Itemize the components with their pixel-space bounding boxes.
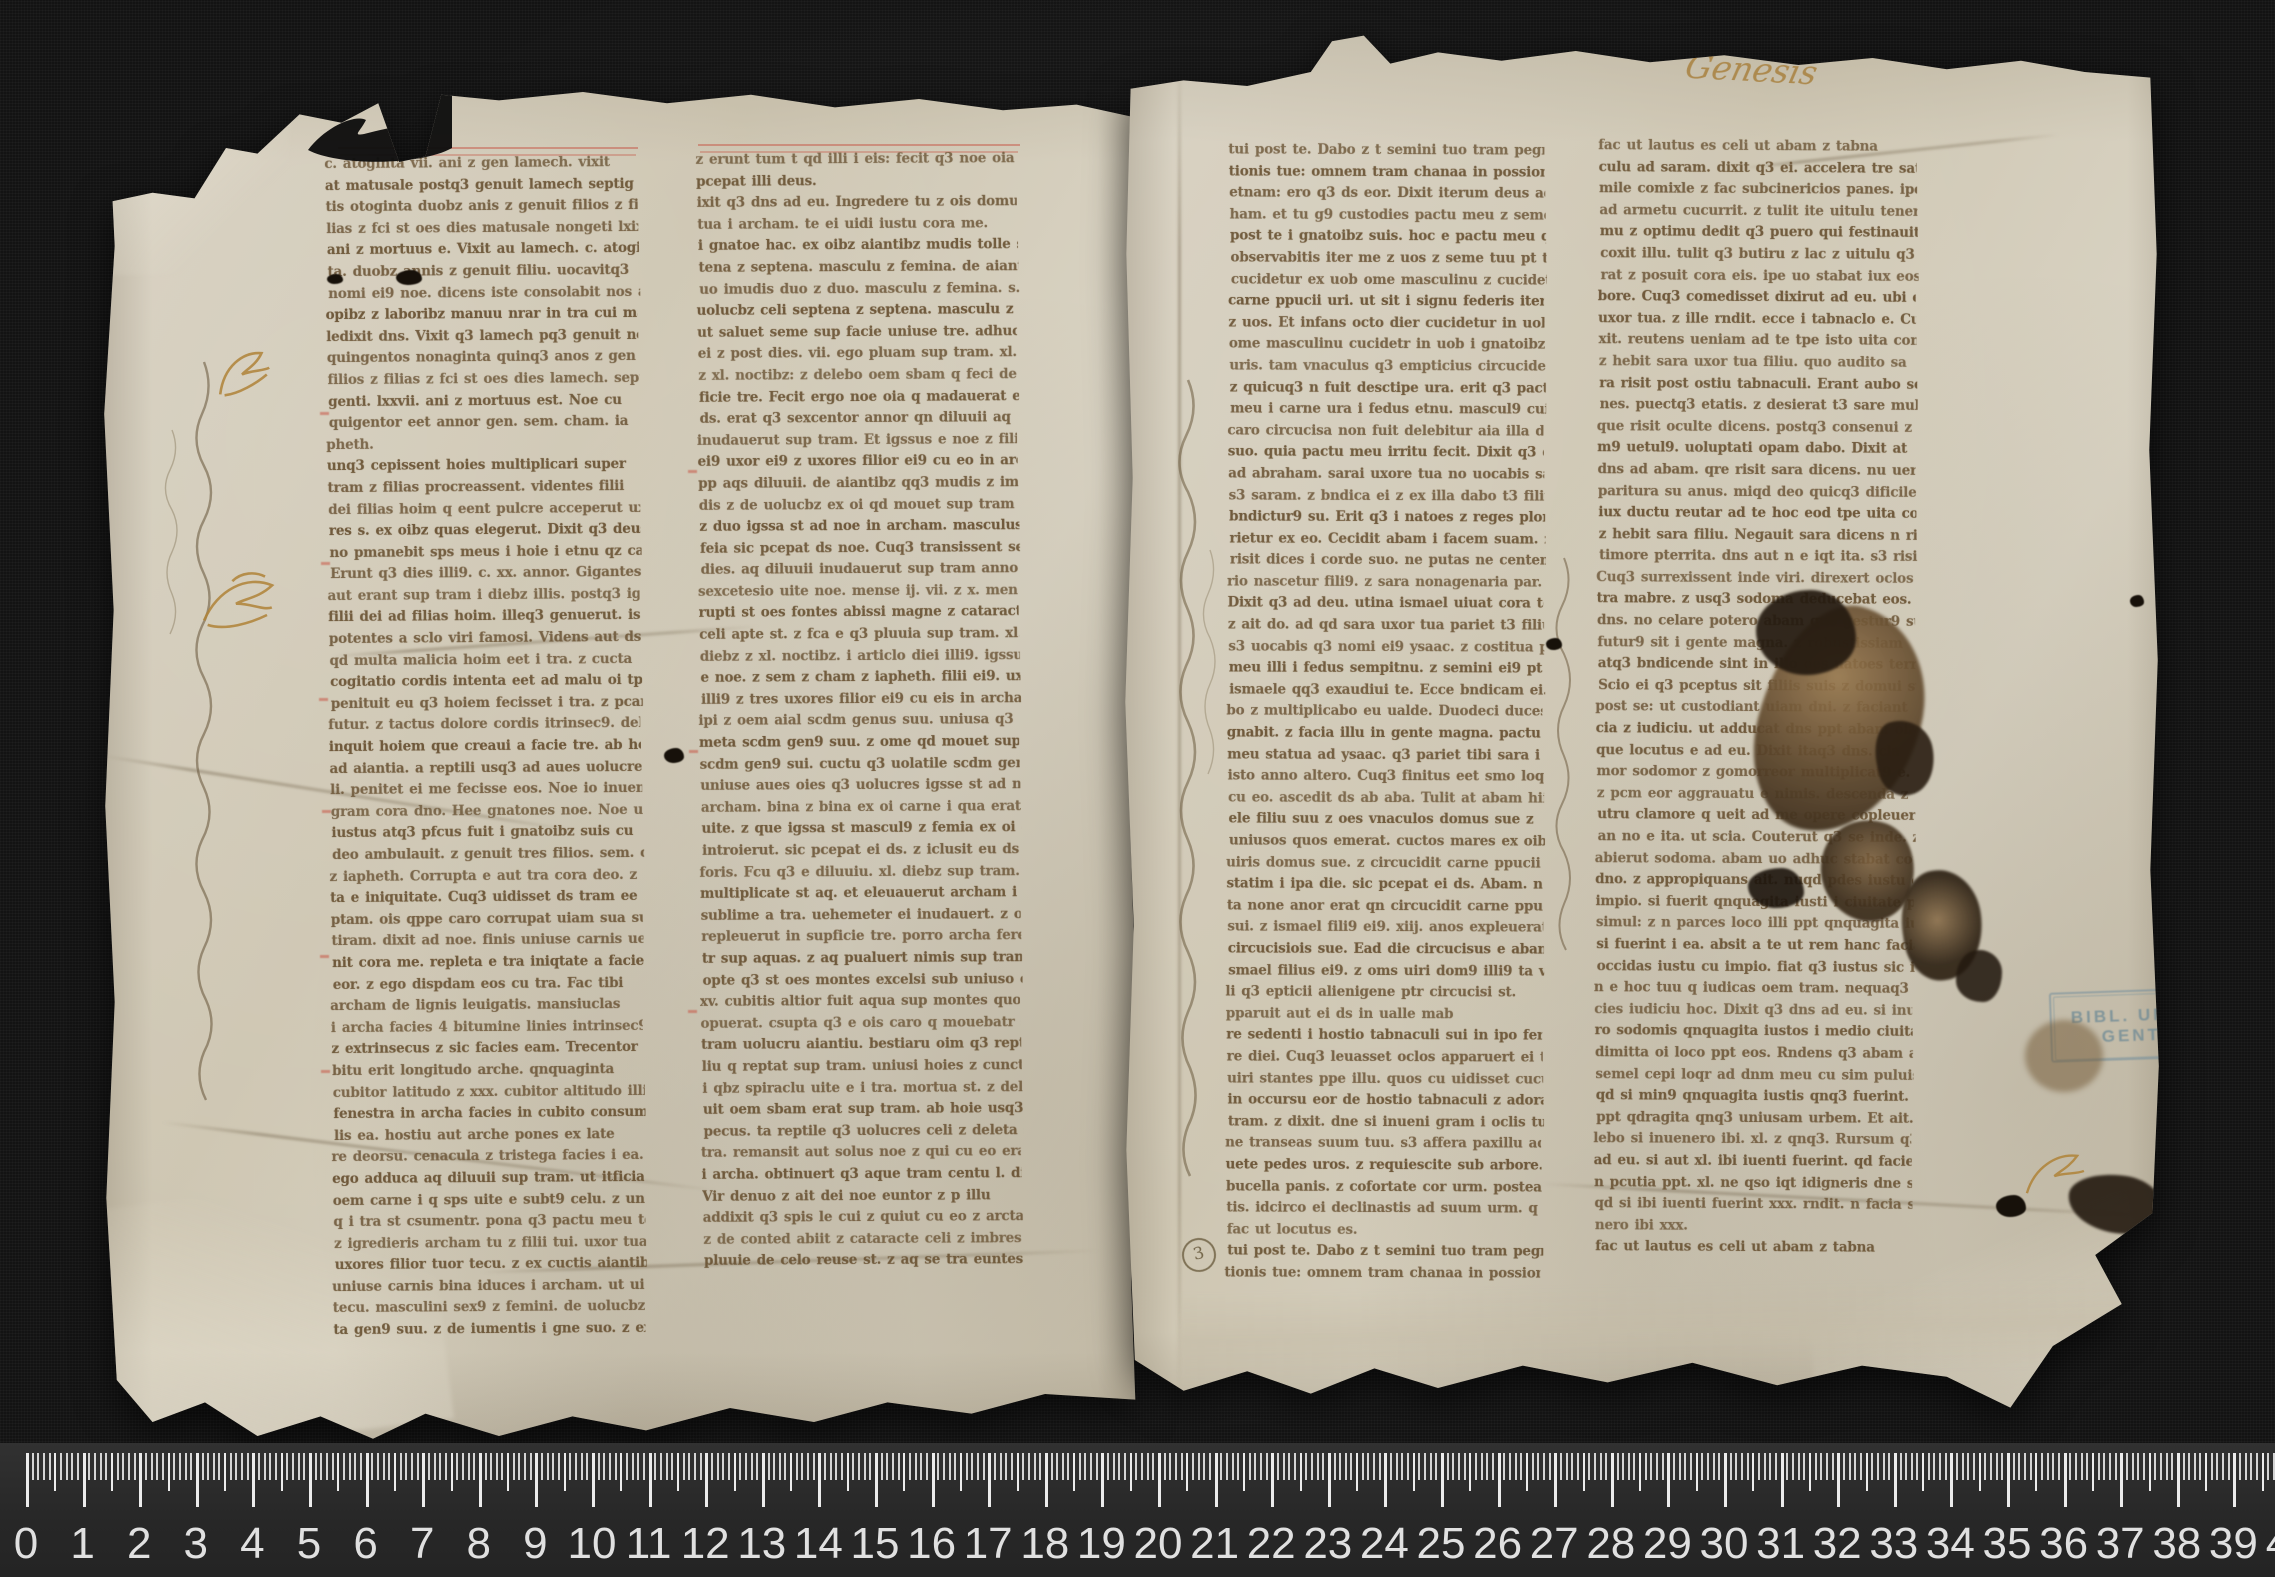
- ruler-tick: [439, 1453, 441, 1480]
- manuscript-text-line: m9 uetul9. uoluptati opam dabo. Dixit at: [1597, 437, 1915, 460]
- manuscript-text-line: ham. et tu g9 custodies pactu meu z seme…: [1230, 204, 1546, 227]
- ruler-tick: [1537, 1453, 1539, 1480]
- manuscript-text-line: risit dices i corde suo. ne putas ne cen…: [1230, 550, 1546, 573]
- ruler-tick: [2132, 1453, 2134, 1480]
- ruler-tick: [1656, 1453, 1658, 1480]
- ruler-tick: [1464, 1453, 1466, 1480]
- ruler-tick: [1322, 1453, 1324, 1480]
- ruler-tick: [977, 1453, 979, 1480]
- ruler-tick: [2075, 1453, 2077, 1480]
- manuscript-text-line: observabitis iter me z uos z seme tuu pt…: [1230, 247, 1546, 270]
- ruler-tick: [1611, 1453, 1614, 1507]
- ruler-number: 5: [297, 1519, 321, 1569]
- ruler-tick: [513, 1453, 515, 1480]
- manuscript-text-line: tram uolucru aiantiu. bestiaru oim q3 re…: [701, 1034, 1021, 1057]
- manuscript-text-line: tis otoginta duobz anis z genuit filios …: [326, 195, 638, 219]
- ruler-tick: [2058, 1453, 2060, 1480]
- manuscript-text-line: meta scdm gen9 suu. z ome qd mouet sup t…: [699, 731, 1019, 754]
- ruler-tick: [1379, 1453, 1381, 1480]
- ruler-tick: [2166, 1453, 2168, 1480]
- manuscript-text-line: addixit q3 spis le cui z quiut cu eo z a…: [703, 1206, 1023, 1229]
- ruler-number: 38: [2152, 1519, 2201, 1569]
- text-column-right-a: tui post te. Dabo z t semini tuo tram pe…: [1226, 139, 1546, 1285]
- manuscript-text-line: introierut. sic pcepat ei ds. z iclusit …: [702, 839, 1022, 862]
- ruler-tick: [620, 1453, 622, 1491]
- ruler-tick: [2069, 1453, 2071, 1480]
- ruler-tick: [903, 1453, 905, 1491]
- ruler-tick: [2199, 1453, 2201, 1480]
- ruler-tick: [298, 1453, 300, 1480]
- ruler-tick: [1271, 1453, 1274, 1507]
- library-stamp-line2: GENT: [2101, 1025, 2161, 1047]
- ruler-tick: [1481, 1453, 1483, 1480]
- ruler-tick: [632, 1453, 634, 1480]
- manuscript-text-line: tui post te. Dabo z t semini tuo tram pe…: [1228, 139, 1544, 162]
- ruler-tick: [1735, 1453, 1737, 1480]
- manuscript-text-line: sublime a tra. uehemeter ei inudauert. z…: [701, 904, 1021, 927]
- manuscript-text-line: caro circucisa non fuit delebitur aia il…: [1227, 420, 1543, 443]
- ruler-tick: [1401, 1453, 1403, 1480]
- ruler-tick: [264, 1453, 266, 1480]
- ruler-tick: [1950, 1453, 1953, 1507]
- manuscript-text-line: uxor tua. z ille rndit. ecce i tabnaclo …: [1598, 308, 1916, 331]
- ruler-tick: [230, 1453, 232, 1480]
- ruler-tick: [2126, 1453, 2128, 1480]
- manuscript-text-line: qd si min9 qnquagita iustis qnq3 fuerint…: [1596, 1085, 1914, 1108]
- ruler-tick: [796, 1453, 798, 1480]
- ruler-tick: [949, 1453, 951, 1480]
- ruler-tick: [2188, 1453, 2190, 1480]
- ruler-tick: [541, 1453, 543, 1480]
- manuscript-text-line: coxit illu. tulit q3 butiru z lac z uitu…: [1600, 243, 1918, 266]
- ruler-tick: [1724, 1453, 1727, 1507]
- ruler-tick: [2233, 1453, 2236, 1507]
- fold-bottom-band: [1179, 1276, 2160, 1383]
- ruler-tick: [1628, 1453, 1630, 1480]
- ruler-tick: [405, 1453, 407, 1480]
- ruler-tick: [818, 1453, 821, 1507]
- manuscript-text-line: re deorsu. cenacula z tristega facies i …: [331, 1145, 643, 1169]
- manuscript-text-line: res s. ex oibz quas elegerut. Dixit q3 d…: [329, 519, 641, 543]
- ruler-tick: [1334, 1453, 1336, 1480]
- ruler-tick: [496, 1453, 498, 1480]
- manuscript-text-line: tui post te. Dabo z t semini tuo tram pe…: [1227, 1241, 1543, 1264]
- ruler-tick: [1916, 1453, 1918, 1480]
- manuscript-text-line: eor. z ego dispdam eos cu tra. Fac tibi: [333, 972, 645, 996]
- manuscript-text-line: genti. lxxvii. ani z mortuus est. Noe cu: [328, 389, 640, 413]
- ruler-tick: [1305, 1453, 1307, 1480]
- ruler-tick: [1300, 1453, 1302, 1491]
- manuscript-text-line: ego adduca aq diluuii sup tram. ut itfic…: [332, 1167, 644, 1191]
- manuscript-text-line: cucidetur ex uob ome masculinu z cucidet…: [1231, 269, 1547, 292]
- manuscript-text-line: nomi ei9 noe. dicens iste consolabit nos…: [328, 281, 640, 305]
- ruler-tick: [2205, 1453, 2207, 1491]
- manuscript-text-line: aut erant sup tram i diebz illis. postq3…: [327, 584, 639, 608]
- ruler-tick: [1051, 1453, 1053, 1480]
- manuscript-text-line: inudauerut sup tram. Et igssus e noe z f…: [697, 429, 1017, 452]
- ruler-tick: [224, 1453, 226, 1491]
- ruler-tick: [1203, 1453, 1205, 1480]
- parchment-tear-hole: [290, 50, 540, 180]
- manuscript-text-line: fac ut locutus es.: [1227, 1219, 1543, 1242]
- manuscript-text-line: pheth.: [326, 433, 638, 457]
- ruler-number: 10: [568, 1519, 617, 1569]
- ruler-tick: [2216, 1453, 2218, 1480]
- ruler-tick: [813, 1453, 815, 1480]
- manuscript-text-line: uete pedes uros. z requiescite sub arbor…: [1225, 1154, 1541, 1177]
- manuscript-text-line: ut saluet seme sup facie uniuse tre. adh…: [697, 321, 1017, 344]
- ruler-tick: [258, 1453, 260, 1480]
- ruler-tick: [745, 1453, 747, 1480]
- manuscript-text-line: rio nascetur fili9. z sara nonagenaria p…: [1227, 571, 1543, 594]
- ruler-tick: [1860, 1453, 1862, 1480]
- ruler-tick: [1175, 1453, 1177, 1480]
- ruler-tick: [1045, 1453, 1048, 1507]
- manuscript-text-line: z quicuq3 n fuit desctipe ura. erit q3 p…: [1230, 377, 1546, 400]
- manuscript-left-leaf: c. atoginta vii. ani z gen lamech. vixit…: [100, 50, 1150, 1450]
- manuscript-text-line: i qbz spiraclu uite e i tra. mortua st. …: [702, 1077, 1022, 1100]
- ruler-tick: [445, 1453, 447, 1480]
- ruler-tick: [479, 1453, 482, 1507]
- ruler-tick: [1367, 1453, 1369, 1480]
- manuscript-text-line: sui. z ismael fili9 ei9. xiij. anos expl…: [1227, 917, 1543, 940]
- ruler-tick: [377, 1453, 379, 1480]
- manuscript-text-line: ani z mortuus e. Vixit au lamech. c. ato…: [327, 238, 639, 262]
- manuscript-text-line: z hebit sara uxor tua filiu. quo audito …: [1599, 351, 1917, 374]
- ruler-tick: [1232, 1453, 1234, 1480]
- ruler-tick: [1679, 1453, 1681, 1480]
- manuscript-text-line: tram z filias procreassent. videntes fil…: [328, 476, 640, 500]
- ink-speck: [2130, 595, 2144, 607]
- ruler-tick: [1843, 1453, 1845, 1480]
- ruler-number: 25: [1417, 1519, 1466, 1569]
- manuscript-text-line: ds. erat q3 sexcentor annor qn diluuii a…: [700, 407, 1020, 430]
- ruler-tick: [1118, 1453, 1120, 1480]
- ruler-tick: [2143, 1453, 2145, 1480]
- ruler-tick: [371, 1453, 373, 1480]
- ruler-tick: [915, 1453, 917, 1480]
- ruler-tick: [462, 1453, 464, 1480]
- manuscript-text-line: pecus. ta reptile q3 uolucres celi z del…: [704, 1120, 1024, 1143]
- manuscript-text-line: cubitor latitudo z xxx. cubitor altitudo…: [333, 1080, 645, 1104]
- ruler-tick: [1090, 1453, 1092, 1480]
- marginalia-cursive-intercolumn: [1538, 550, 1588, 1050]
- manuscript-text-line: pcepat illi deus.: [696, 170, 1016, 193]
- ruler-tick: [2047, 1453, 2049, 1480]
- ruler-tick: [801, 1453, 803, 1480]
- ruler-tick: [1900, 1453, 1902, 1480]
- manuscript-text-line: gnabit. z facia illu in gente magna. pac…: [1227, 722, 1543, 745]
- ruler-tick: [2183, 1453, 2185, 1480]
- manuscript-text-line: archam. bina z bina ex oi carne i qua er…: [701, 796, 1021, 819]
- ruler-tick: [1435, 1453, 1437, 1480]
- ruler-number: 31: [1756, 1519, 1805, 1569]
- ruler-tick: [128, 1453, 130, 1480]
- manuscript-text-line: i archa facies 4 bitumine linies intrins…: [331, 1016, 643, 1040]
- ruler-tick: [1249, 1453, 1251, 1480]
- manuscript-text-line: abierut sodoma. abam uo adhuc stabat cor…: [1595, 848, 1913, 871]
- ruler-tick: [2030, 1453, 2032, 1480]
- ruler-number: 22: [1247, 1519, 1296, 1569]
- ruler-tick: [2137, 1453, 2139, 1480]
- ruler-tick: [1000, 1453, 1002, 1480]
- ruler-tick: [734, 1453, 736, 1491]
- ruler-tick: [1198, 1453, 1200, 1480]
- ruler-tick: [1730, 1453, 1732, 1480]
- manuscript-text-line: pluuie de celo reuse st. z aq se tra eun…: [704, 1249, 1024, 1272]
- ruler-tick: [168, 1453, 170, 1491]
- ruler-tick: [1452, 1453, 1454, 1480]
- ink-speck: [396, 270, 422, 285]
- manuscript-text-line: cia z iudiciu. ut adducat dns ppt abam o…: [1596, 718, 1914, 741]
- manuscript-text-line: potentes a sclo viri famosi. Videns aut …: [329, 627, 641, 651]
- ruler-tick: [898, 1453, 900, 1480]
- ruler-tick: [77, 1453, 79, 1480]
- ruler-tick: [326, 1453, 328, 1480]
- manuscript-text-line: repleuerut in supficie tre. porro archa …: [701, 926, 1021, 949]
- ruler-tick: [71, 1453, 73, 1480]
- ruler-tick: [394, 1453, 396, 1491]
- manicule-doodle: [2016, 1142, 2094, 1205]
- ruler-tick: [1826, 1453, 1828, 1480]
- ruler-tick: [2245, 1453, 2247, 1480]
- manuscript-text-line: tiram. dixit ad noe. finis uniuse carnis…: [331, 929, 643, 953]
- fold-top-left: [100, 105, 290, 275]
- manuscript-text-line: bitu erit longitudo arche. qnquaginta: [332, 1059, 644, 1083]
- ruler-tick: [1101, 1453, 1104, 1507]
- ruler-tick: [671, 1453, 673, 1480]
- ruler-tick: [1939, 1453, 1941, 1480]
- ruler-number: 19: [1077, 1519, 1126, 1569]
- ruler-tick: [1752, 1453, 1754, 1491]
- ruler-tick: [569, 1453, 571, 1480]
- red-margin-tick: [322, 810, 331, 813]
- manuscript-text-line: Scio ei q3 pceptus sit filiis suis z dom…: [1598, 675, 1916, 698]
- ruler-tick: [400, 1453, 402, 1480]
- ruler-tick: [2007, 1453, 2010, 1507]
- ruler-tick: [869, 1453, 871, 1480]
- ruler-tick: [1294, 1453, 1296, 1480]
- manuscript-text-line: s3 uocabis q3 nomi ei9 ysaac. z costitua…: [1228, 636, 1544, 659]
- ruler-tick: [830, 1453, 832, 1480]
- ruler-tick: [1560, 1453, 1562, 1480]
- ruler-number: 3: [184, 1519, 208, 1569]
- ruler-tick: [2228, 1453, 2230, 1480]
- manuscript-text-line: cies iudiciu hoc. Dixit q3 dns ad eu. si…: [1594, 999, 1912, 1022]
- ruler-number: 6: [353, 1519, 377, 1569]
- manuscript-text-line: re sedenti i hostio tabnaculi sui in ipo…: [1226, 1025, 1542, 1048]
- ruler-tick: [1107, 1453, 1109, 1480]
- ruler-tick: [1769, 1453, 1771, 1480]
- ruler-tick: [1866, 1453, 1868, 1491]
- ruler-tick: [1622, 1453, 1624, 1480]
- ruler-number: 18: [1020, 1519, 1069, 1569]
- ruler-tick: [309, 1453, 312, 1507]
- ruler-tick: [139, 1453, 142, 1507]
- manuscript-text-line: dei filias hoim q eent pulcre acceperut …: [328, 497, 640, 521]
- manuscript-text-line: opibz z laboribz manuu nrar in tra cui m…: [326, 303, 638, 327]
- manuscript-text-line: carne ppucii uri. ut sit i signu federis…: [1228, 291, 1544, 314]
- ruler-tick: [1990, 1453, 1992, 1480]
- ruler-tick: [292, 1453, 294, 1480]
- ruler-tick: [2222, 1453, 2224, 1480]
- ruler-tick: [100, 1453, 102, 1480]
- ruler-tick: [960, 1453, 962, 1491]
- ruler-tick: [1158, 1453, 1161, 1507]
- ruler-tick: [473, 1453, 475, 1480]
- ruler-tick: [1520, 1453, 1522, 1480]
- ruler-tick: [281, 1453, 283, 1491]
- manuscript-text-line: post te i gnatoibz suis. hoc e pactu meu…: [1230, 226, 1546, 249]
- ruler-number: 12: [681, 1519, 730, 1569]
- ruler-number: 16: [907, 1519, 956, 1569]
- ruler-tick: [609, 1453, 611, 1480]
- ruler-tick: [1775, 1453, 1777, 1480]
- manuscript-text-line: ad eu. si aut xl. ibi iuenti fuerint. qd…: [1594, 1150, 1912, 1173]
- manuscript-text-line: ele filiu suu z oes vnaculos domus sue z: [1228, 809, 1544, 832]
- ruler-tick: [790, 1453, 792, 1491]
- ruler-number: 20: [1134, 1519, 1183, 1569]
- manuscript-text-line: uniusos quos emerat. cuctos mares ex oib…: [1229, 830, 1545, 853]
- ruler-tick: [1718, 1453, 1720, 1480]
- ruler-tick: [705, 1453, 708, 1507]
- manuscript-text-line: z ait do. ad qd sara uxor tua pariet t3 …: [1228, 615, 1544, 638]
- manuscript-text-line: atq3 bndicende sint in illo oes natoes t…: [1598, 653, 1916, 676]
- ruler-tick: [864, 1453, 866, 1480]
- ruler-tick: [535, 1453, 538, 1507]
- ruler-tick: [547, 1453, 549, 1480]
- ruler-tick: [1237, 1453, 1239, 1480]
- manuscript-text-line: qd multa malicia hoim eet i tra. z cucta: [329, 649, 641, 673]
- ruler-tick: [117, 1453, 119, 1480]
- photo-stage: c. atoginta vii. ani z gen lamech. vixit…: [0, 0, 2275, 1577]
- ink-stain-spot: [1956, 950, 2002, 1002]
- ruler-tick: [2239, 1453, 2241, 1480]
- ruler-tick: [1475, 1453, 1477, 1480]
- ruler-tick: [1424, 1453, 1426, 1480]
- ruler-tick: [1079, 1453, 1081, 1480]
- ruler-number: 35: [1983, 1519, 2032, 1569]
- ruler-tick: [1894, 1453, 1897, 1507]
- ruler-tick: [1328, 1453, 1331, 1507]
- ruler-tick: [688, 1453, 690, 1480]
- ruler-tick: [1407, 1453, 1409, 1480]
- manuscript-text-line: mor sodomor z gomorreor multiplicat9 e.: [1596, 761, 1914, 784]
- ruler-number: 24: [1360, 1519, 1409, 1569]
- ruler-tick: [1945, 1453, 1947, 1480]
- ink-speck: [327, 274, 343, 284]
- manuscript-text-line: ne transeas suum tuu. s3 affera paxillu …: [1225, 1133, 1541, 1156]
- ruler-tick: [586, 1453, 588, 1480]
- ruler-tick: [2109, 1453, 2111, 1480]
- left-leaf-parchment: c. atoginta vii. ani z gen lamech. vixit…: [100, 50, 1150, 1450]
- manuscript-text-line: z iapheth. Corrupta e aut tra cora deo. …: [329, 865, 641, 889]
- ruler-tick: [1922, 1453, 1924, 1491]
- manuscript-text-line: timore pterrita. dns aut n e iqt ita. s3…: [1599, 545, 1917, 568]
- manuscript-text-line: liu q reptat sup tram. uniusi hoies z cu…: [702, 1055, 1022, 1078]
- ruler-tick: [1311, 1453, 1313, 1480]
- manuscript-text-line: Dixit q3 ad deu. utina ismael uiuat cora…: [1227, 593, 1543, 616]
- ruler-tick: [1639, 1453, 1641, 1491]
- ruler-tick: [841, 1453, 843, 1480]
- ruler-tick: [185, 1453, 187, 1480]
- manuscript-text-line: tr sup aquas. z aq pualuert nimis sup tr…: [702, 947, 1022, 970]
- ruler-tick: [717, 1453, 719, 1480]
- marginalia-cursive-gutter: [1140, 370, 1230, 1310]
- ruler-tick: [1883, 1453, 1885, 1480]
- ruler-tick: [1809, 1453, 1811, 1491]
- ruler-number: 23: [1303, 1519, 1352, 1569]
- ruler-tick: [1254, 1453, 1256, 1480]
- ruler-tick: [490, 1453, 492, 1480]
- ruler-tick: [858, 1453, 860, 1480]
- manuscript-text-line: illi9 z tres uxores filior ei9 cu eis in…: [701, 688, 1021, 711]
- ruler-tick: [2211, 1453, 2213, 1480]
- ruler-tick: [2098, 1453, 2100, 1480]
- ruler-tick: [54, 1453, 56, 1491]
- ruler-tick: [1362, 1453, 1364, 1480]
- ruler-tick: [1888, 1453, 1890, 1480]
- ruler-tick: [1084, 1453, 1086, 1480]
- ruler-tick: [768, 1453, 770, 1480]
- ruler-tick: [1662, 1453, 1664, 1480]
- manuscript-text-line: tena z septena. masculu z femina. de aia…: [699, 256, 1019, 279]
- ruler-tick: [2250, 1453, 2252, 1480]
- ruler-number: 2: [127, 1519, 151, 1569]
- ruler-tick: [1181, 1453, 1183, 1480]
- ruler-tick: [1758, 1453, 1760, 1480]
- manuscript-text-line: mile comixle z fac subcinericios panes. …: [1599, 178, 1917, 201]
- ruler-tick: [320, 1453, 322, 1480]
- ruler-tick: [1673, 1453, 1675, 1480]
- ruler-tick: [1549, 1453, 1551, 1480]
- ruler-tick: [1430, 1453, 1432, 1480]
- ruler-number: 13: [737, 1519, 786, 1569]
- ruler-tick: [1413, 1453, 1415, 1491]
- manuscript-text-line: ppt qdragita qnq3 uniusam urbem. Et ait.…: [1596, 1107, 1914, 1130]
- manuscript-text-line: que locutus e ad eu. Dixit itaq3 dns. cl…: [1596, 740, 1914, 763]
- manuscript-text-line: li. penitet ei me fecisse eos. Noe io in…: [330, 778, 642, 802]
- ruler-tick: [332, 1453, 334, 1480]
- ruler-tick: [1186, 1453, 1188, 1491]
- ruler-tick: [1011, 1453, 1013, 1480]
- library-stamp-border: BIBL. UNIV GENT: [2053, 991, 2209, 1060]
- manuscript-text-line: ledixit dns. Vixit q3 lamech pq3 genuit …: [326, 325, 638, 349]
- manuscript-text-line: dns ad abam. qre risit sara dicens. nu u…: [1598, 459, 1916, 482]
- ruler-tick: [105, 1453, 107, 1480]
- manuscript-text-line: z hebit sara filiu. Negauit sara dicens …: [1599, 524, 1917, 547]
- manuscript-text-line: ad armetu cucurrit. z tulit ite uitulu t…: [1599, 200, 1917, 223]
- ruler-tick: [1226, 1453, 1228, 1480]
- ruler-tick: [1605, 1453, 1607, 1480]
- ruler-tick: [151, 1453, 153, 1480]
- ruler-tick: [1373, 1453, 1375, 1480]
- manuscript-text-line: re diei. Cuq3 leuasset oclos apparuert e…: [1227, 1046, 1543, 1069]
- manuscript-text-line: uniuse aues oies q3 uolucres igsse st ad…: [700, 774, 1020, 797]
- manuscript-text-line: ficie tre. Fecit ergo noe oia q madauera…: [699, 386, 1019, 409]
- ruler-tick: [1566, 1453, 1568, 1480]
- ruler-tick: [1124, 1453, 1126, 1480]
- ruler-tick: [1356, 1453, 1358, 1491]
- ruler-tick: [1418, 1453, 1420, 1480]
- manuscript-text-line: uo imudis duo z duo. masculu z femina. s…: [699, 278, 1019, 301]
- manuscript-text-line: tra. remansit aut solus noe z qui cu eo …: [701, 1141, 1021, 1164]
- red-margin-tick: [319, 698, 328, 701]
- ruler-tick: [1911, 1453, 1913, 1480]
- ruler-number: 4: [240, 1519, 264, 1569]
- ruler-tick: [1220, 1453, 1222, 1480]
- ruler-tick: [615, 1453, 617, 1480]
